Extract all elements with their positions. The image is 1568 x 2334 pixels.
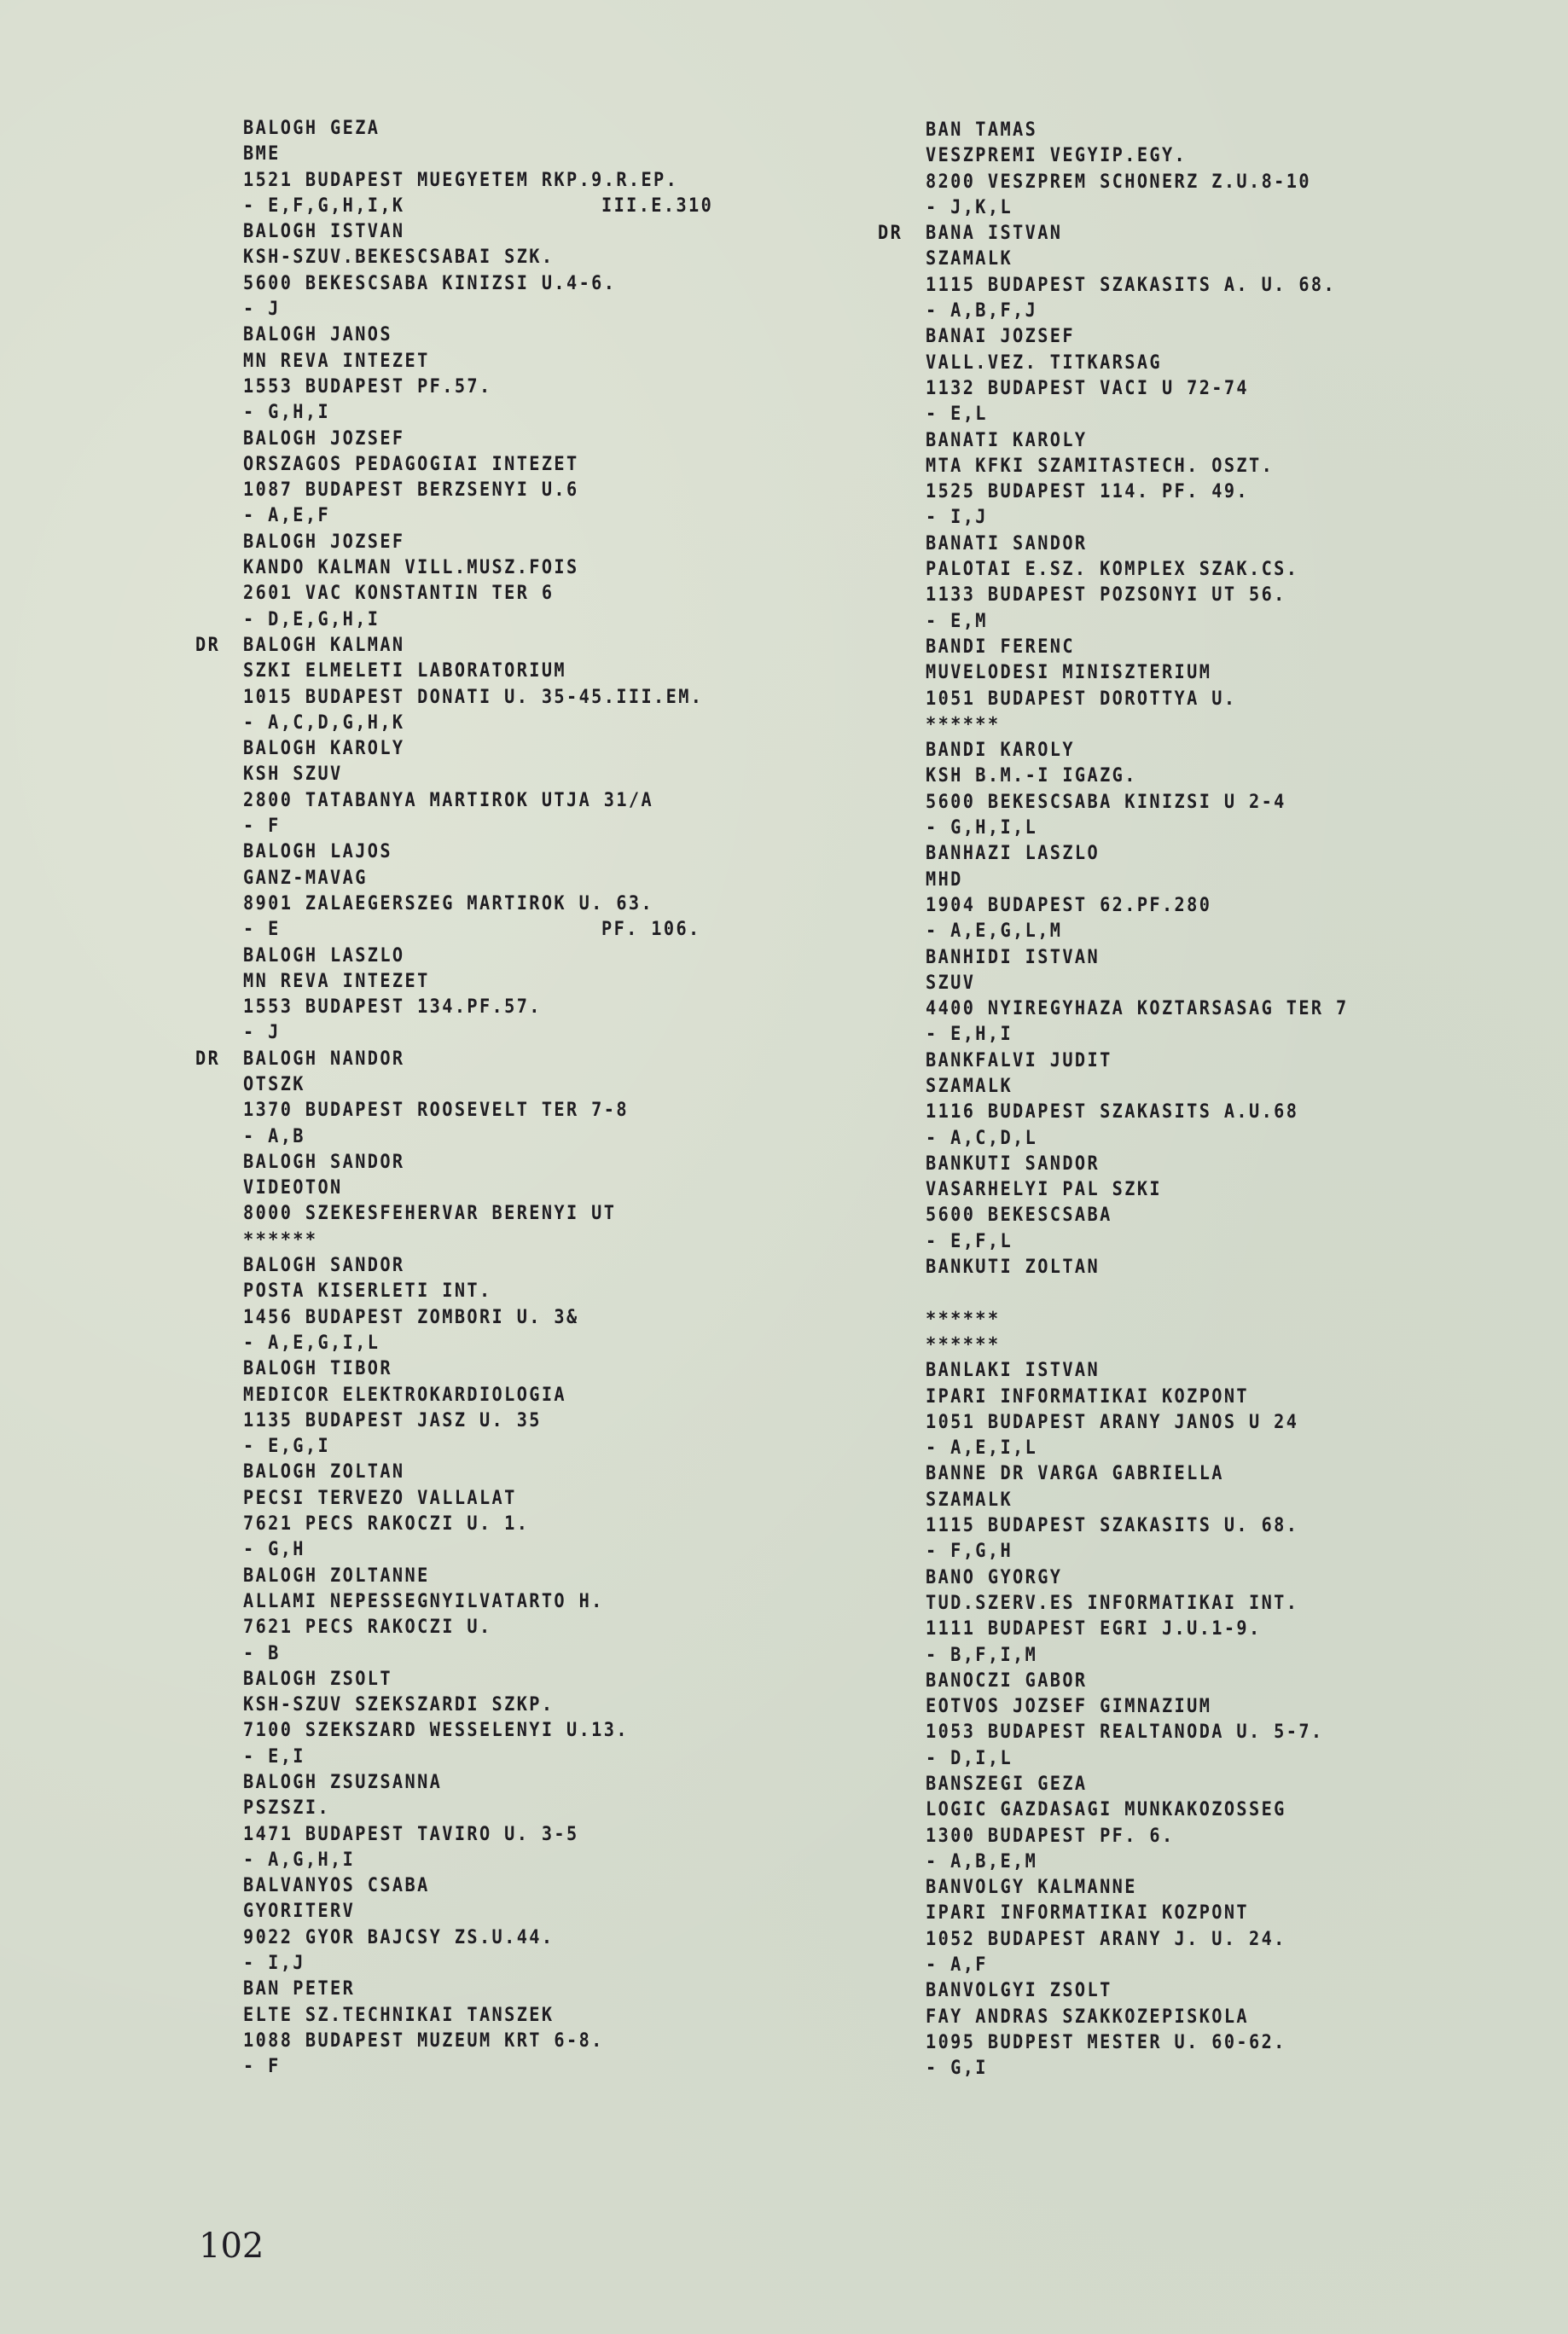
- organization: BME: [243, 142, 839, 167]
- postal-address: 5600 BEKESCSABA KINIZSI U 2-4: [926, 790, 1522, 816]
- category-codes: - G,H,I,L: [926, 816, 1037, 841]
- postal-address: 1015 BUDAPEST DONATI U. 35-45.III.EM.: [243, 685, 839, 711]
- category-codes: - A,B: [243, 1124, 305, 1150]
- postal-address: 7100 SZEKSZARD WESSELENYI U.13.: [243, 1718, 839, 1744]
- codes-row: ******: [926, 712, 1568, 738]
- codes-row: - D,E,G,H,I: [243, 607, 891, 633]
- directory-entry: BALOGH ZSOLTKSH-SZUV SZEKSZARDI SZKP.710…: [243, 1667, 891, 1770]
- category-codes: - A,G,H,I: [243, 1848, 355, 1873]
- category-codes: - B: [243, 1641, 281, 1667]
- title-prefix: DR: [195, 1047, 220, 1072]
- postal-address: 7621 PECS RAKOCZI U. 1.: [243, 1512, 839, 1537]
- category-codes: - F: [243, 814, 281, 839]
- person-name: BANATI SANDOR: [926, 531, 1522, 557]
- category-codes: - F: [243, 2054, 281, 2080]
- category-codes: - E,M: [926, 609, 988, 635]
- directory-entry: BANHIDI ISTVANSZUV4400 NYIREGYHAZA KOZTA…: [926, 945, 1568, 1048]
- organization: KSH-SZUV SZEKSZARDI SZKP.: [243, 1692, 839, 1718]
- directory-entry: BANO GYORGYTUD.SZERV.ES INFORMATIKAI INT…: [926, 1565, 1568, 1669]
- codes-row: - E,G,I: [243, 1434, 891, 1460]
- person-name: BALOGH TIBOR: [243, 1356, 839, 1382]
- person-name: BANNE DR VARGA GABRIELLA: [926, 1461, 1522, 1487]
- codes-row: - G,I: [926, 2056, 1568, 2081]
- directory-entry: BANNE DR VARGA GABRIELLASZAMALK1115 BUDA…: [926, 1461, 1568, 1565]
- person-name: BALOGH GEZA: [243, 116, 839, 142]
- person-name: BANDI KAROLY: [926, 738, 1522, 763]
- person-name: BALOGH SANDOR: [243, 1150, 839, 1176]
- category-codes: - F,G,H: [926, 1539, 1013, 1565]
- organization: SZAMALK: [926, 1488, 1522, 1513]
- postal-address: 5600 BEKESCSABA KINIZSI U.4-6.: [243, 271, 839, 297]
- organization: VIDEOTON: [243, 1176, 839, 1201]
- person-name: BALOGH ZOLTANNE: [243, 1564, 839, 1589]
- codes-row: - D,I,L: [926, 1746, 1568, 1772]
- organization: POSTA KISERLETI INT.: [243, 1279, 839, 1304]
- codes-row: - G,H,I,L: [926, 816, 1568, 841]
- person-name: BANVOLGYI ZSOLT: [926, 1978, 1522, 2004]
- codes-row: - I,J: [243, 1951, 891, 1977]
- postal-address: 1115 BUDAPEST SZAKASITS A. U. 68.: [926, 273, 1522, 299]
- person-name: BALOGH ZOLTAN: [243, 1460, 839, 1485]
- codes-row: - B: [243, 1641, 891, 1667]
- organization: KSH B.M.-I IGAZG.: [926, 763, 1522, 789]
- postal-address: 1456 BUDAPEST ZOMBORI U. 3&: [243, 1305, 839, 1331]
- codes-row: - A,B,E,M: [926, 1849, 1568, 1875]
- codes-row: - EPF. 106.: [243, 917, 891, 943]
- organization: MUVELODESI MINISZTERIUM: [926, 660, 1522, 686]
- category-codes: - J,K,L: [926, 195, 1013, 221]
- person-name: BANHIDI ISTVAN: [926, 945, 1522, 971]
- organization: SZKI ELMELETI LABORATORIUM: [243, 659, 839, 684]
- person-name: BALOGH LASZLO: [243, 943, 839, 969]
- category-codes: - E: [243, 917, 281, 943]
- directory-entry: BANOCZI GABOREOTVOS JOZSEF GIMNAZIUM1053…: [926, 1669, 1568, 1772]
- codes-row: - A,G,H,I: [243, 1848, 891, 1873]
- organization: IPARI INFORMATIKAI KOZPONT: [926, 1385, 1522, 1410]
- organization: IPARI INFORMATIKAI KOZPONT: [926, 1901, 1522, 1926]
- person-name: BALOGH KAROLY: [243, 736, 839, 762]
- directory-entry: BALOGH TIBORMEDICOR ELEKTROKARDIOLOGIA11…: [243, 1356, 891, 1460]
- codes-row: - E,I: [243, 1745, 891, 1770]
- organization: SZAMALK: [926, 1074, 1522, 1100]
- postal-address: 1115 BUDAPEST SZAKASITS U. 68.: [926, 1513, 1522, 1539]
- postal-address: 8200 VESZPREM SCHONERZ Z.U.8-10: [926, 170, 1522, 195]
- postal-address: 1132 BUDAPEST VACI U 72-74: [926, 376, 1522, 402]
- category-codes: - A,E,I,L: [926, 1436, 1037, 1461]
- title-prefix: DR: [195, 633, 220, 659]
- person-name: BALOGH JANOS: [243, 322, 839, 348]
- category-codes: - A,B,F,J: [926, 299, 1037, 324]
- directory-entry: DRBANA ISTVANSZAMALK1115 BUDAPEST SZAKAS…: [926, 221, 1568, 324]
- directory-entry: BANDI FERENCMUVELODESI MINISZTERIUM1051 …: [926, 635, 1568, 738]
- organization: KSH-SZUV.BEKESCSABAI SZK.: [243, 245, 839, 270]
- postal-address: 1051 BUDAPEST ARANY JANOS U 24: [926, 1410, 1522, 1436]
- category-codes: - D,E,G,H,I: [243, 607, 380, 633]
- postal-address: 1095 BUDPEST MESTER U. 60-62.: [926, 2030, 1522, 2056]
- directory-entry: BAN TAMASVESZPREMI VEGYIP.EGY.8200 VESZP…: [926, 118, 1568, 221]
- category-codes: - A,C,D,L: [926, 1126, 1037, 1152]
- organization: VALL.VEZ. TITKARSAG: [926, 351, 1522, 376]
- directory-entry: BALVANYOS CSABAGYORITERV9022 GYOR BAJCSY…: [243, 1873, 891, 1977]
- directory-entry: BANKFALVI JUDITSZAMALK1116 BUDAPEST SZAK…: [926, 1048, 1568, 1152]
- person-name: BANVOLGY KALMANNE: [926, 1875, 1522, 1901]
- category-codes: ******: [926, 712, 1000, 738]
- directory-entry: BANLAKI ISTVANIPARI INFORMATIKAI KOZPONT…: [926, 1358, 1568, 1461]
- codes-row: - A,B: [243, 1124, 891, 1150]
- category-codes: - J: [243, 297, 281, 322]
- codes-row: - I,J: [926, 505, 1568, 531]
- codes-row: - J: [243, 1020, 891, 1046]
- codes-row: - E,F,L: [926, 1229, 1568, 1255]
- organization: SZUV: [926, 971, 1522, 996]
- organization: TUD.SZERV.ES INFORMATIKAI INT.: [926, 1591, 1522, 1617]
- category-codes: - E,F,G,H,I,K: [243, 194, 405, 219]
- category-codes: - E,H,I: [926, 1022, 1013, 1048]
- category-codes: - B,F,I,M: [926, 1643, 1037, 1669]
- person-name: BALOGH SANDOR: [243, 1253, 839, 1279]
- codes-row: - E,M: [926, 609, 1568, 635]
- postal-address: 1553 BUDAPEST PF.57.: [243, 374, 839, 400]
- category-codes: ******: [243, 1228, 317, 1253]
- address-continuation: III.E.310: [601, 194, 713, 219]
- codes-row: - G,H,I: [243, 400, 891, 426]
- postal-address: 2800 TATABANYA MARTIROK UTJA 31/A: [243, 788, 839, 814]
- person-name: BANHAZI LASZLO: [926, 841, 1522, 867]
- directory-entry: BANKUTI ZOLTAN************: [926, 1255, 1568, 1358]
- postal-address: 1051 BUDAPEST DOROTTYA U.: [926, 687, 1522, 712]
- blank-line: [926, 1280, 1522, 1306]
- category-codes: - G,H: [243, 1537, 305, 1563]
- directory-entry: DRBALOGH KALMANSZKI ELMELETI LABORATORIU…: [243, 633, 891, 736]
- directory-entry: BANAI JOZSEFVALL.VEZ. TITKARSAG1132 BUDA…: [926, 324, 1568, 427]
- left-column: BALOGH GEZABME1521 BUDAPEST MUEGYETEM RK…: [243, 116, 891, 2081]
- category-codes: - G,H,I: [243, 400, 330, 426]
- category-codes: - A,C,D,G,H,K: [243, 711, 405, 736]
- organization: FAY ANDRAS SZAKKOZEPISKOLA: [926, 2005, 1522, 2030]
- person-name: BANAI JOZSEF: [926, 324, 1522, 350]
- postal-address: 4400 NYIREGYHAZA KOZTARSASAG TER 7: [926, 996, 1522, 1022]
- organization: KANDO KALMAN VILL.MUSZ.FOIS: [243, 555, 839, 581]
- codes-row: ******: [243, 1228, 891, 1253]
- codes-row: - F: [243, 814, 891, 839]
- organization: LOGIC GAZDASAGI MUNKAKOZOSSEG: [926, 1797, 1522, 1823]
- category-codes: - I,J: [243, 1951, 305, 1977]
- codes-row: - E,F,G,H,I,KIII.E.310: [243, 194, 891, 219]
- address-continuation: PF. 106.: [601, 917, 701, 943]
- organization: ALLAMI NEPESSEGNYILVATARTO H.: [243, 1589, 839, 1615]
- person-name: BANKFALVI JUDIT: [926, 1048, 1522, 1074]
- person-name: BALOGH NANDOR: [243, 1047, 839, 1072]
- postal-address: 1088 BUDAPEST MUZEUM KRT 6-8.: [243, 2029, 839, 2054]
- organization: MN REVA INTEZET: [243, 349, 839, 374]
- postal-address: 2601 VAC KONSTANTIN TER 6: [243, 581, 839, 607]
- organization: VASARHELYI PAL SZKI: [926, 1177, 1522, 1203]
- category-codes: - A,E,G,I,L: [243, 1331, 380, 1356]
- codes-row: - A,E,G,L,M: [926, 919, 1568, 944]
- codes-row: - E,H,I: [926, 1022, 1568, 1048]
- directory-entry: BANATI KAROLYMTA KFKI SZAMITASTECH. OSZT…: [926, 428, 1568, 531]
- person-name: BANDI FERENC: [926, 635, 1522, 660]
- postal-address: ******: [926, 1307, 1522, 1332]
- person-name: BALOGH JOZSEF: [243, 427, 839, 452]
- category-codes: - A,E,F: [243, 503, 330, 529]
- codes-row: - A,C,D,L: [926, 1126, 1568, 1152]
- postal-address: 1904 BUDAPEST 62.PF.280: [926, 893, 1522, 919]
- postal-address: 1116 BUDAPEST SZAKASITS A.U.68: [926, 1100, 1522, 1125]
- postal-address: 1300 BUDAPEST PF. 6.: [926, 1824, 1522, 1849]
- person-name: BANOCZI GABOR: [926, 1669, 1522, 1694]
- organization: MHD: [926, 868, 1522, 893]
- organization: MEDICOR ELEKTROKARDIOLOGIA: [243, 1383, 839, 1408]
- directory-entry: BALOGH LASZLOMN REVA INTEZET1553 BUDAPES…: [243, 943, 891, 1047]
- person-name: BANATI KAROLY: [926, 428, 1522, 454]
- organization: OTSZK: [243, 1072, 839, 1098]
- postal-address: 1087 BUDAPEST BERZSENYI U.6: [243, 478, 839, 503]
- category-codes: - A,F: [926, 1953, 988, 1978]
- category-codes: ******: [926, 1332, 1000, 1358]
- postal-address: 1471 BUDAPEST TAVIRO U. 3-5: [243, 1822, 839, 1848]
- person-name: BANKUTI ZOLTAN: [926, 1255, 1522, 1280]
- codes-row: ******: [926, 1332, 1568, 1358]
- organization: GYORITERV: [243, 1899, 839, 1925]
- directory-entry: BALOGH JANOSMN REVA INTEZET1553 BUDAPEST…: [243, 322, 891, 426]
- person-name: BANLAKI ISTVAN: [926, 1358, 1522, 1384]
- organization: ORSZAGOS PEDAGOGIAI INTEZET: [243, 452, 839, 478]
- category-codes: - E,I: [243, 1745, 305, 1770]
- postal-address: 7621 PECS RAKOCZI U.: [243, 1615, 839, 1640]
- category-codes: - E,F,L: [926, 1229, 1013, 1255]
- codes-row: - B,F,I,M: [926, 1643, 1568, 1669]
- category-codes: - J: [243, 1020, 281, 1046]
- directory-entry: BANHAZI LASZLOMHD1904 BUDAPEST 62.PF.280…: [926, 841, 1568, 944]
- directory-entry: BANVOLGYI ZSOLTFAY ANDRAS SZAKKOZEPISKOL…: [926, 1978, 1568, 2081]
- organization: KSH SZUV: [243, 762, 839, 787]
- directory-entry: BALOGH SANDORVIDEOTON8000 SZEKESFEHERVAR…: [243, 1150, 891, 1253]
- directory-entry: BALOGH ZSUZSANNAPSZSZI.1471 BUDAPEST TAV…: [243, 1770, 891, 1873]
- directory-entry: BALOGH LAJOSGANZ-MAVAG8901 ZALAEGERSZEG …: [243, 839, 891, 943]
- postal-address: 1052 BUDAPEST ARANY J. U. 24.: [926, 1927, 1522, 1953]
- category-codes: - E,G,I: [243, 1434, 330, 1460]
- postal-address: 1521 BUDAPEST MUEGYETEM RKP.9.R.EP.: [243, 168, 839, 194]
- codes-row: - J: [243, 297, 891, 322]
- codes-row: - A,E,I,L: [926, 1436, 1568, 1461]
- postal-address: 8901 ZALAEGERSZEG MARTIROK U. 63.: [243, 891, 839, 917]
- organization: GANZ-MAVAG: [243, 866, 839, 891]
- person-name: BALOGH LAJOS: [243, 839, 839, 865]
- organization: PECSI TERVEZO VALLALAT: [243, 1486, 839, 1512]
- codes-row: - F,G,H: [926, 1539, 1568, 1565]
- codes-row: - A,F: [926, 1953, 1568, 1978]
- organization: ELTE SZ.TECHNIKAI TANSZEK: [243, 2003, 839, 2029]
- directory-entry: DRBALOGH NANDOROTSZK1370 BUDAPEST ROOSEV…: [243, 1047, 891, 1150]
- directory-entry: BANDI KAROLYKSH B.M.-I IGAZG.5600 BEKESC…: [926, 738, 1568, 841]
- directory-entry: BALOGH KAROLYKSH SZUV2800 TATABANYA MART…: [243, 736, 891, 839]
- directory-entry: BANVOLGY KALMANNEIPARI INFORMATIKAI KOZP…: [926, 1875, 1568, 1978]
- codes-row: - G,H: [243, 1537, 891, 1563]
- postal-address: 1525 BUDAPEST 114. PF. 49.: [926, 479, 1522, 505]
- directory-entry: BALOGH ZOLTANPECSI TERVEZO VALLALAT7621 …: [243, 1460, 891, 1563]
- person-name: BAN PETER: [243, 1977, 839, 2002]
- organization: MTA KFKI SZAMITASTECH. OSZT.: [926, 454, 1522, 479]
- person-name: BANSZEGI GEZA: [926, 1772, 1522, 1797]
- codes-row: - A,C,D,G,H,K: [243, 711, 891, 736]
- person-name: BALVANYOS CSABA: [243, 1873, 839, 1899]
- category-codes: - I,J: [926, 505, 988, 531]
- codes-row: - A,E,G,I,L: [243, 1331, 891, 1356]
- directory-entry: BALOGH ISTVANKSH-SZUV.BEKESCSABAI SZK.56…: [243, 219, 891, 322]
- directory-entry: BALOGH JOZSEFORSZAGOS PEDAGOGIAI INTEZET…: [243, 427, 891, 530]
- organization: EOTVOS JOZSEF GIMNAZIUM: [926, 1694, 1522, 1720]
- person-name: BANA ISTVAN: [926, 221, 1522, 247]
- postal-address: 5600 BEKESCSABA: [926, 1203, 1522, 1228]
- organization: MN REVA INTEZET: [243, 969, 839, 995]
- postal-address: 8000 SZEKESFEHERVAR BERENYI UT: [243, 1201, 839, 1227]
- directory-entry: BALOGH SANDORPOSTA KISERLETI INT.1456 BU…: [243, 1253, 891, 1356]
- directory-entry: BANATI SANDORPALOTAI E.SZ. KOMPLEX SZAK.…: [926, 531, 1568, 635]
- postal-address: 1135 BUDAPEST JASZ U. 35: [243, 1408, 839, 1434]
- codes-row: - F: [243, 2054, 891, 2080]
- directory-entry: BANKUTI SANDORVASARHELYI PAL SZKI5600 BE…: [926, 1152, 1568, 1255]
- category-codes: - A,E,G,L,M: [926, 919, 1062, 944]
- person-name: BALOGH ISTVAN: [243, 219, 839, 245]
- directory-page: BALOGH GEZABME1521 BUDAPEST MUEGYETEM RK…: [0, 0, 1568, 2334]
- codes-row: - J,K,L: [926, 195, 1568, 221]
- organization: PSZSZI.: [243, 1796, 839, 1821]
- person-name: BAN TAMAS: [926, 118, 1522, 143]
- postal-address: 1133 BUDAPEST POZSONYI UT 56.: [926, 583, 1522, 608]
- directory-entry: BALOGH JOZSEFKANDO KALMAN VILL.MUSZ.FOIS…: [243, 530, 891, 633]
- organization: SZAMALK: [926, 247, 1522, 272]
- codes-row: - A,B,F,J: [926, 299, 1568, 324]
- postal-address: 1370 BUDAPEST ROOSEVELT TER 7-8: [243, 1098, 839, 1123]
- organization: VESZPREMI VEGYIP.EGY.: [926, 143, 1522, 169]
- category-codes: - G,I: [926, 2056, 988, 2081]
- person-name: BANO GYORGY: [926, 1565, 1522, 1591]
- codes-row: - A,E,F: [243, 503, 891, 529]
- postal-address: 1111 BUDAPEST EGRI J.U.1-9.: [926, 1617, 1522, 1642]
- postal-address: 9022 GYOR BAJCSY ZS.U.44.: [243, 1925, 839, 1951]
- organization: PALOTAI E.SZ. KOMPLEX SZAK.CS.: [926, 557, 1522, 583]
- person-name: BANKUTI SANDOR: [926, 1152, 1522, 1177]
- person-name: BALOGH ZSUZSANNA: [243, 1770, 839, 1796]
- right-column: BAN TAMASVESZPREMI VEGYIP.EGY.8200 VESZP…: [926, 118, 1568, 2082]
- category-codes: - E,L: [926, 402, 988, 427]
- title-prefix: DR: [878, 221, 903, 247]
- postal-address: 1053 BUDAPEST REALTANODA U. 5-7.: [926, 1720, 1522, 1745]
- person-name: BALOGH KALMAN: [243, 633, 839, 659]
- directory-entry: BALOGH GEZABME1521 BUDAPEST MUEGYETEM RK…: [243, 116, 891, 219]
- codes-row: - E,L: [926, 402, 1568, 427]
- directory-entry: BALOGH ZOLTANNEALLAMI NEPESSEGNYILVATART…: [243, 1564, 891, 1667]
- category-codes: - D,I,L: [926, 1746, 1013, 1772]
- directory-entry: BAN PETERELTE SZ.TECHNIKAI TANSZEK1088 B…: [243, 1977, 891, 2080]
- page-number: 102: [199, 2227, 264, 2266]
- person-name: BALOGH JOZSEF: [243, 530, 839, 555]
- category-codes: - A,B,E,M: [926, 1849, 1037, 1875]
- person-name: BALOGH ZSOLT: [243, 1667, 839, 1692]
- postal-address: 1553 BUDAPEST 134.PF.57.: [243, 995, 839, 1020]
- directory-entry: BANSZEGI GEZALOGIC GAZDASAGI MUNKAKOZOSS…: [926, 1772, 1568, 1875]
